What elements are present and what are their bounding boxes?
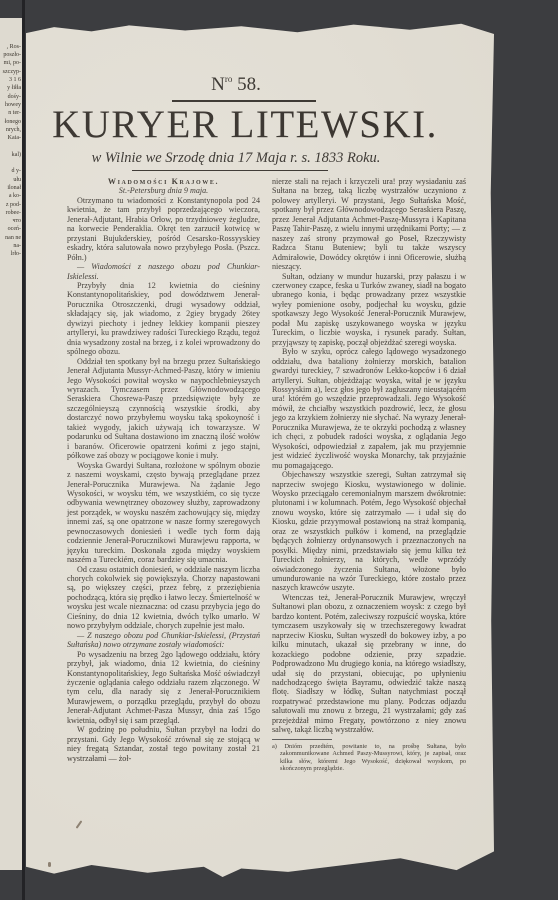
adjacent-text-fragment: z pod- (0, 201, 22, 209)
adjacent-text-fragment: howey (0, 101, 22, 109)
column-left-body: Otrzymano tu wiadomości z Konstantynopol… (67, 196, 260, 763)
article-paragraph: Wtenczas też, Jenerał-Porucznik Murawjew… (272, 593, 466, 735)
issue-number-value: 58. (237, 74, 261, 95)
article-paragraph: Oddział ten spotkany był na brzegu przez… (67, 357, 260, 461)
article-paragraph: Od czasu ostatnich doniesień, w oddziale… (67, 565, 260, 631)
article-paragraph: — Z naszego obozu pod Chunkiar-Iskieless… (67, 631, 260, 650)
adjacent-text-fragment (0, 26, 22, 34)
issue-number-label: N (211, 74, 225, 95)
issue-number-sup: ro (225, 74, 233, 84)
adjacent-text-fragment: kal) (0, 151, 22, 159)
article-paragraph: Po wysadzeniu na brzeg 2go lądowego oddz… (67, 650, 260, 726)
adjacent-text-fragment (0, 142, 22, 150)
article-paragraph: Otrzymano tu wiadomości z Konstantynopol… (67, 196, 260, 262)
column-right: nierze stali na rejach i krzyczeli ura! … (272, 177, 466, 772)
adjacent-text-fragment: 3 1 6 (0, 76, 22, 84)
footnote: a) Dnióm przedtém, powitanie to, na proś… (272, 743, 466, 773)
article-paragraph: W godzinę po południu, Sułtan przybył na… (67, 725, 260, 763)
adjacent-text-fragment: ilonał (0, 184, 22, 192)
newspaper-title: KURYER LITEWSKI. (50, 102, 440, 148)
adjacent-text-fragment: szczyp- (0, 68, 22, 76)
book-spine (22, 0, 25, 900)
adjacent-text-fragment: mi, po- (0, 59, 22, 67)
adjacent-text-fragment: robee- (0, 209, 22, 217)
adjacent-text-fragment: nan ne (0, 234, 22, 242)
adjacent-text-fragment: a ko- (0, 192, 22, 200)
section-heading: Wiadomości Krajowe. (67, 177, 260, 186)
publication-dateline: w Wilnie we Srzodę dnia 17 Maja r. s. 18… (26, 150, 446, 167)
adjacent-text-fragment: dośy- (0, 93, 22, 101)
adjacent-text-fragment: poszło- (0, 51, 22, 59)
masthead-rule-bottom (132, 170, 328, 171)
adjacent-page-text-fragments: , Ros-poszło-mi, po-szczyp-3 1 6y łiłład… (0, 18, 22, 259)
column-left: Wiadomości Krajowe. St.-Petersburg dnia … (67, 177, 260, 763)
article-paragraph: Przybyły dnia 12 kwietnia do cieśniny Ko… (67, 281, 260, 357)
adjacent-text-fragment (0, 159, 22, 167)
article-paragraph: Było w szyku, oprócz całego lądowego wys… (272, 347, 466, 470)
article-paragraph: Sułtan, odziany w mundur huzarski, przy … (272, 272, 466, 348)
adjacent-text-fragment: , Ros- (0, 43, 22, 51)
adjacent-text-fragment (0, 18, 22, 26)
adjacent-text-fragment: oceń- (0, 225, 22, 233)
ink-smudge (76, 820, 83, 829)
article-paragraph: nierze stali na rejach i krzyczeli ura! … (272, 177, 466, 272)
issue-number: Nro 58. (26, 74, 446, 96)
article-place-date: St.-Petersburg dnia 9 maja. (67, 186, 260, 195)
adjacent-text-fragment: Kaia- (0, 134, 22, 142)
footnote-divider (272, 739, 332, 740)
article-paragraph: Objechawszy wszystkie szeregi, Sułtan za… (272, 470, 466, 593)
column-right-body: nierze stali na rejach i krzyczeli ura! … (272, 177, 466, 735)
adjacent-text-fragment: lrło- (0, 250, 22, 258)
adjacent-text-fragment: nrych, (0, 126, 22, 134)
adjacent-text-fragment: что (0, 217, 22, 225)
article-paragraph: — Wiadomości z naszego obozu pod Chunkia… (67, 262, 260, 281)
adjacent-text-fragment (0, 35, 22, 43)
adjacent-page-edge: , Ros-poszło-mi, po-szczyp-3 1 6y łiłład… (0, 18, 22, 870)
newspaper-page: Nro 58. KURYER LITEWSKI. w Wilnie we Srz… (26, 22, 494, 877)
adjacent-text-fragment: d y- (0, 167, 22, 175)
adjacent-text-fragment: n ter- (0, 109, 22, 117)
adjacent-text-fragment: łonego (0, 118, 22, 126)
adjacent-text-fragment: ułu (0, 176, 22, 184)
article-paragraph: Woyska Gwardyi Sułtana, rozłożone w spól… (67, 461, 260, 565)
adjacent-text-fragment: na- (0, 242, 22, 250)
ink-spot (48, 862, 51, 867)
adjacent-text-fragment: y łiłła (0, 84, 22, 92)
